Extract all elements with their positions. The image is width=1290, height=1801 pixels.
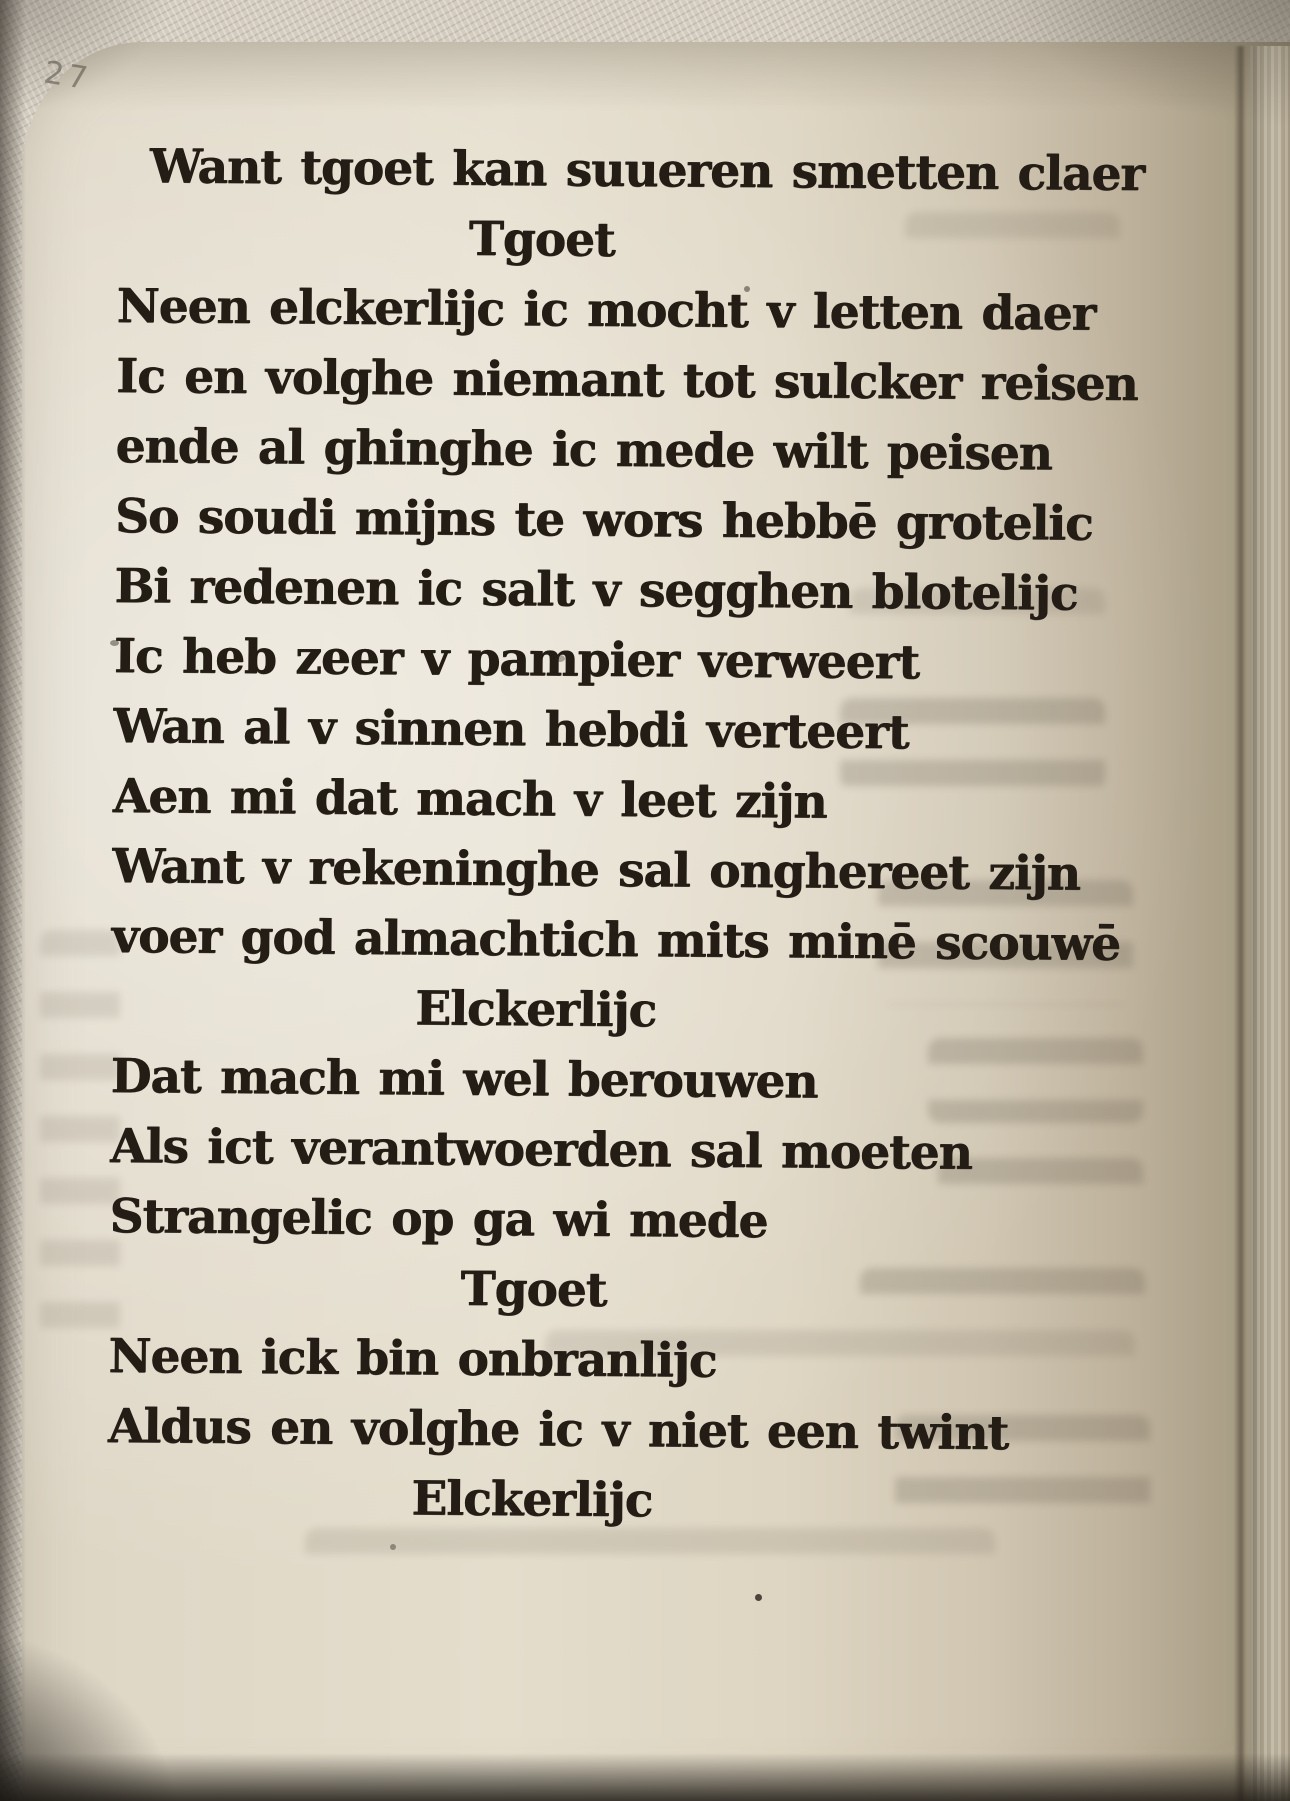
- ink-speck: [555, 655, 565, 662]
- page-stack-edge: [1250, 46, 1290, 1801]
- verse-line: Aldus en volghe ic v niet een twint: [108, 1392, 1074, 1470]
- ink-speck: [755, 1594, 762, 1601]
- verse-line: Neen elckerlijc ic mocht v letten daer: [116, 272, 1082, 350]
- verse-line: Ic en volghe niemant tot sulcker reisen: [116, 342, 1082, 420]
- speaker-heading: Elckerlijc: [53, 972, 1019, 1050]
- verse-line: ende al ghinghe ic mede wilt peisen: [115, 412, 1081, 490]
- verse-line: So soudi mijns te wors hebbē grotelic: [115, 482, 1081, 560]
- book-page-photo: 27 Want tgoet kan suueren smetten claer …: [0, 0, 1290, 1801]
- text-block: Want tgoet kan suueren smetten claer Tgo…: [107, 132, 1083, 1540]
- ink-speck: [110, 640, 119, 646]
- verse-line: Strangelic op ga wi mede: [109, 1182, 1075, 1260]
- verse-line: Bi redenen ic salt v segghen blotelijc: [114, 552, 1080, 630]
- ink-speck: [390, 1544, 396, 1550]
- verse-line: Dat mach mi wel berouwen: [110, 1042, 1076, 1120]
- verse-line: Want tgoet kan suueren smetten claer: [117, 132, 1083, 210]
- verse-line: voer god almachtich mits minē scouwē: [111, 902, 1077, 980]
- verse-line: Want v rekeninghe sal onghereet zijn: [112, 832, 1078, 910]
- pencil-page-number: 27: [41, 55, 94, 98]
- verse-line: Wan al v sinnen hebdi verteert: [113, 692, 1079, 770]
- speaker-heading: Tgoet: [59, 202, 1025, 280]
- ink-speck: [744, 286, 750, 292]
- verse-line: Als ict verantwoerden sal moeten: [110, 1112, 1076, 1190]
- verse-line: Aen mi dat mach v leet zijn: [113, 762, 1079, 840]
- verse-line: Ic heb zeer v pampier verweert: [114, 622, 1080, 700]
- page-fold-shadow: [1234, 46, 1250, 1801]
- verse-line: Neen ick bin onbranlijc: [108, 1322, 1074, 1400]
- speaker-heading: Tgoet: [51, 1252, 1017, 1330]
- speaker-heading: Elckerlijc: [49, 1462, 1015, 1540]
